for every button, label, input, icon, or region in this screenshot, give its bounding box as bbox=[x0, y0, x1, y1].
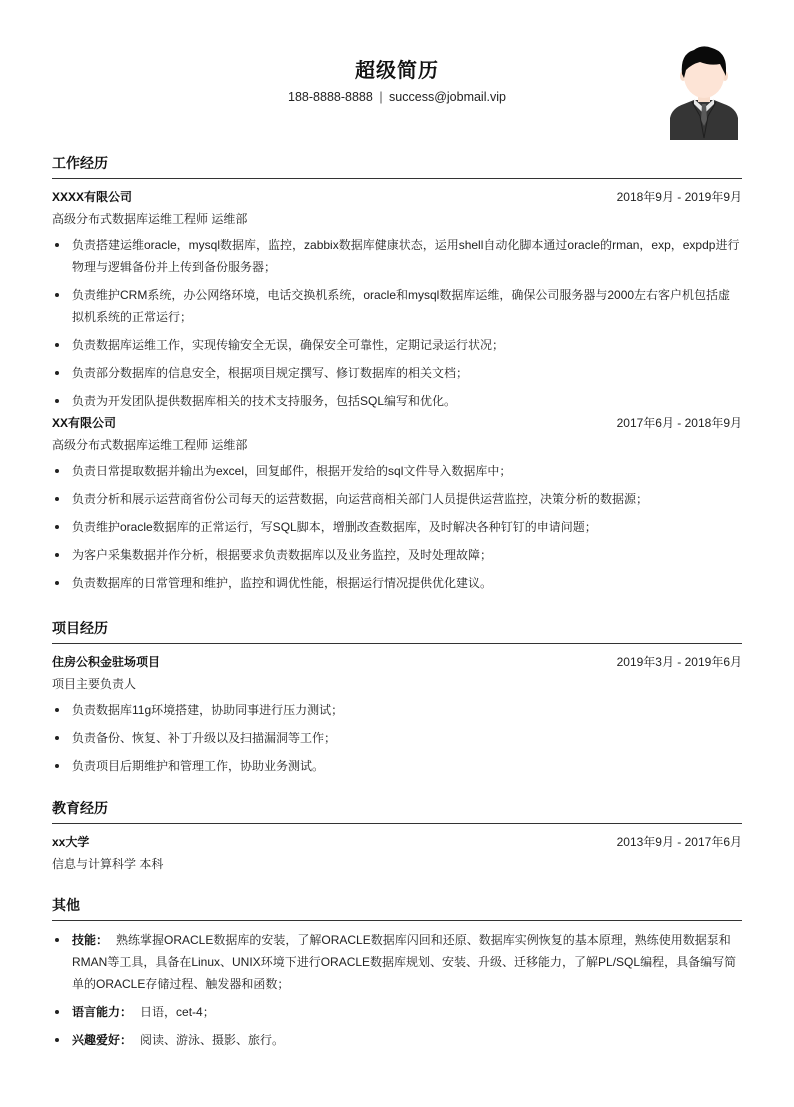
date-range: 2013年9月 - 2017年6月 bbox=[617, 831, 742, 853]
date-range: 2017年6月 - 2018年9月 bbox=[617, 412, 742, 434]
list-item: 负责数据库的日常管理和维护，监控和调优性能，根据运行情况提供优化建议。 bbox=[52, 572, 742, 594]
item-text: 日语，cet-4； bbox=[140, 1005, 215, 1019]
list-item: 负责部分数据库的信息安全，根据项目规定撰写、修订数据库的相关文档； bbox=[52, 362, 742, 384]
list-item: 负责为开发团队提供数据库相关的技术支持服务，包括SQL编写和优化。 bbox=[52, 390, 742, 412]
email-address: success@jobmail.vip bbox=[389, 90, 506, 104]
list-item: 负责搭建运维oracle，mysql数据库，监控，zabbix数据库健康状态，运… bbox=[52, 234, 742, 278]
responsibility-list: 负责数据库11g环境搭建，协助同事进行压力测试； 负责备份、恢复、补丁升级以及扫… bbox=[52, 699, 742, 777]
project-experience-section: 项目经历 住房公积金驻场项目 2019年3月 - 2019年6月 项目主要负责人… bbox=[52, 618, 742, 783]
list-item: 负责分析和展示运营商省份公司每天的运营数据，向运营商相关部门人员提供运营监控，决… bbox=[52, 488, 742, 510]
candidate-name: 超级简历 bbox=[52, 54, 742, 83]
school-name: xx大学 bbox=[52, 831, 89, 853]
work-entry: XXXX有限公司 2018年9月 - 2019年9月 高级分布式数据库运维工程师… bbox=[52, 186, 742, 412]
list-item: 负责项目后期维护和管理工作，协助业务测试。 bbox=[52, 755, 742, 777]
avatar bbox=[670, 44, 738, 140]
date-range: 2019年3月 - 2019年6月 bbox=[617, 651, 742, 673]
other-section: 其他 技能：熟练掌握ORACLE数据库的安装，了解ORACLE数据库闪回和还原、… bbox=[52, 895, 742, 1057]
entry-header: XXXX有限公司 2018年9月 - 2019年9月 bbox=[52, 186, 742, 208]
list-item: 为客户采集数据并作分析，根据要求负责数据库以及业务监控，及时处理故障； bbox=[52, 544, 742, 566]
company-name: XX有限公司 bbox=[52, 412, 116, 434]
list-item-hobbies: 兴趣爱好：阅读、游泳、摄影、旅行。 bbox=[52, 1029, 742, 1051]
item-text: 熟练掌握ORACLE数据库的安装，了解ORACLE数据库闪回和还原、数据库实例恢… bbox=[72, 933, 736, 991]
item-label: 语言能力： bbox=[72, 1005, 132, 1019]
list-item: 负责日常提取数据并输出为excel，回复邮件，根据开发给的sql文件导入数据库中… bbox=[52, 460, 742, 482]
list-item-skills: 技能：熟练掌握ORACLE数据库的安装，了解ORACLE数据库闪回和还原、数据库… bbox=[52, 929, 742, 995]
section-title: 教育经历 bbox=[52, 798, 742, 824]
responsibility-list: 负责日常提取数据并输出为excel，回复邮件，根据开发给的sql文件导入数据库中… bbox=[52, 460, 742, 594]
entry-header: XX有限公司 2017年6月 - 2018年9月 bbox=[52, 412, 742, 434]
item-label: 兴趣爱好： bbox=[72, 1033, 132, 1047]
education-section: 教育经历 xx大学 2013年9月 - 2017年6月 信息与计算科学 本科 bbox=[52, 798, 742, 875]
section-title: 其他 bbox=[52, 895, 742, 921]
date-range: 2018年9月 - 2019年9月 bbox=[617, 186, 742, 208]
list-item: 负责备份、恢复、补丁升级以及扫描漏洞等工作； bbox=[52, 727, 742, 749]
section-title: 工作经历 bbox=[52, 153, 742, 179]
entry-header: xx大学 2013年9月 - 2017年6月 bbox=[52, 831, 742, 853]
item-text: 阅读、游泳、摄影、旅行。 bbox=[140, 1033, 284, 1047]
list-item: 负责数据库11g环境搭建，协助同事进行压力测试； bbox=[52, 699, 742, 721]
item-label: 技能： bbox=[72, 933, 108, 947]
project-role: 项目主要负责人 bbox=[52, 673, 742, 695]
list-item-languages: 语言能力：日语，cet-4； bbox=[52, 1001, 742, 1023]
major-degree: 信息与计算科学 本科 bbox=[52, 853, 742, 875]
company-name: XXXX有限公司 bbox=[52, 186, 132, 208]
resume-header: 超级简历 188-8888-8888 | success@jobmail.vip bbox=[52, 0, 742, 140]
contact-line: 188-8888-8888 | success@jobmail.vip bbox=[52, 90, 742, 104]
job-role: 高级分布式数据库运维工程师 运维部 bbox=[52, 434, 742, 456]
resume-page: 超级简历 188-8888-8888 | success@jobmail.vip bbox=[52, 0, 742, 140]
education-entry: xx大学 2013年9月 - 2017年6月 信息与计算科学 本科 bbox=[52, 831, 742, 875]
other-list: 技能：熟练掌握ORACLE数据库的安装，了解ORACLE数据库闪回和还原、数据库… bbox=[52, 929, 742, 1051]
section-title: 项目经历 bbox=[52, 618, 742, 644]
project-entry: 住房公积金驻场项目 2019年3月 - 2019年6月 项目主要负责人 负责数据… bbox=[52, 651, 742, 777]
work-experience-section: 工作经历 XXXX有限公司 2018年9月 - 2019年9月 高级分布式数据库… bbox=[52, 153, 742, 600]
list-item: 负责维护oracle数据库的正常运行，写SQL脚本，增删改查数据库，及时解决各种… bbox=[52, 516, 742, 538]
entry-header: 住房公积金驻场项目 2019年3月 - 2019年6月 bbox=[52, 651, 742, 673]
work-entry: XX有限公司 2017年6月 - 2018年9月 高级分布式数据库运维工程师 运… bbox=[52, 412, 742, 594]
project-name: 住房公积金驻场项目 bbox=[52, 651, 160, 673]
list-item: 负责数据库运维工作，实现传输安全无误，确保安全可靠性，定期记录运行状况； bbox=[52, 334, 742, 356]
responsibility-list: 负责搭建运维oracle，mysql数据库，监控，zabbix数据库健康状态，运… bbox=[52, 234, 742, 412]
person-in-suit-avatar-icon bbox=[670, 44, 738, 140]
list-item: 负责维护CRM系统，办公网络环境，电话交换机系统，oracle和mysql数据库… bbox=[52, 284, 742, 328]
contact-separator: | bbox=[379, 90, 382, 104]
job-role: 高级分布式数据库运维工程师 运维部 bbox=[52, 208, 742, 230]
phone-number: 188-8888-8888 bbox=[288, 90, 373, 104]
